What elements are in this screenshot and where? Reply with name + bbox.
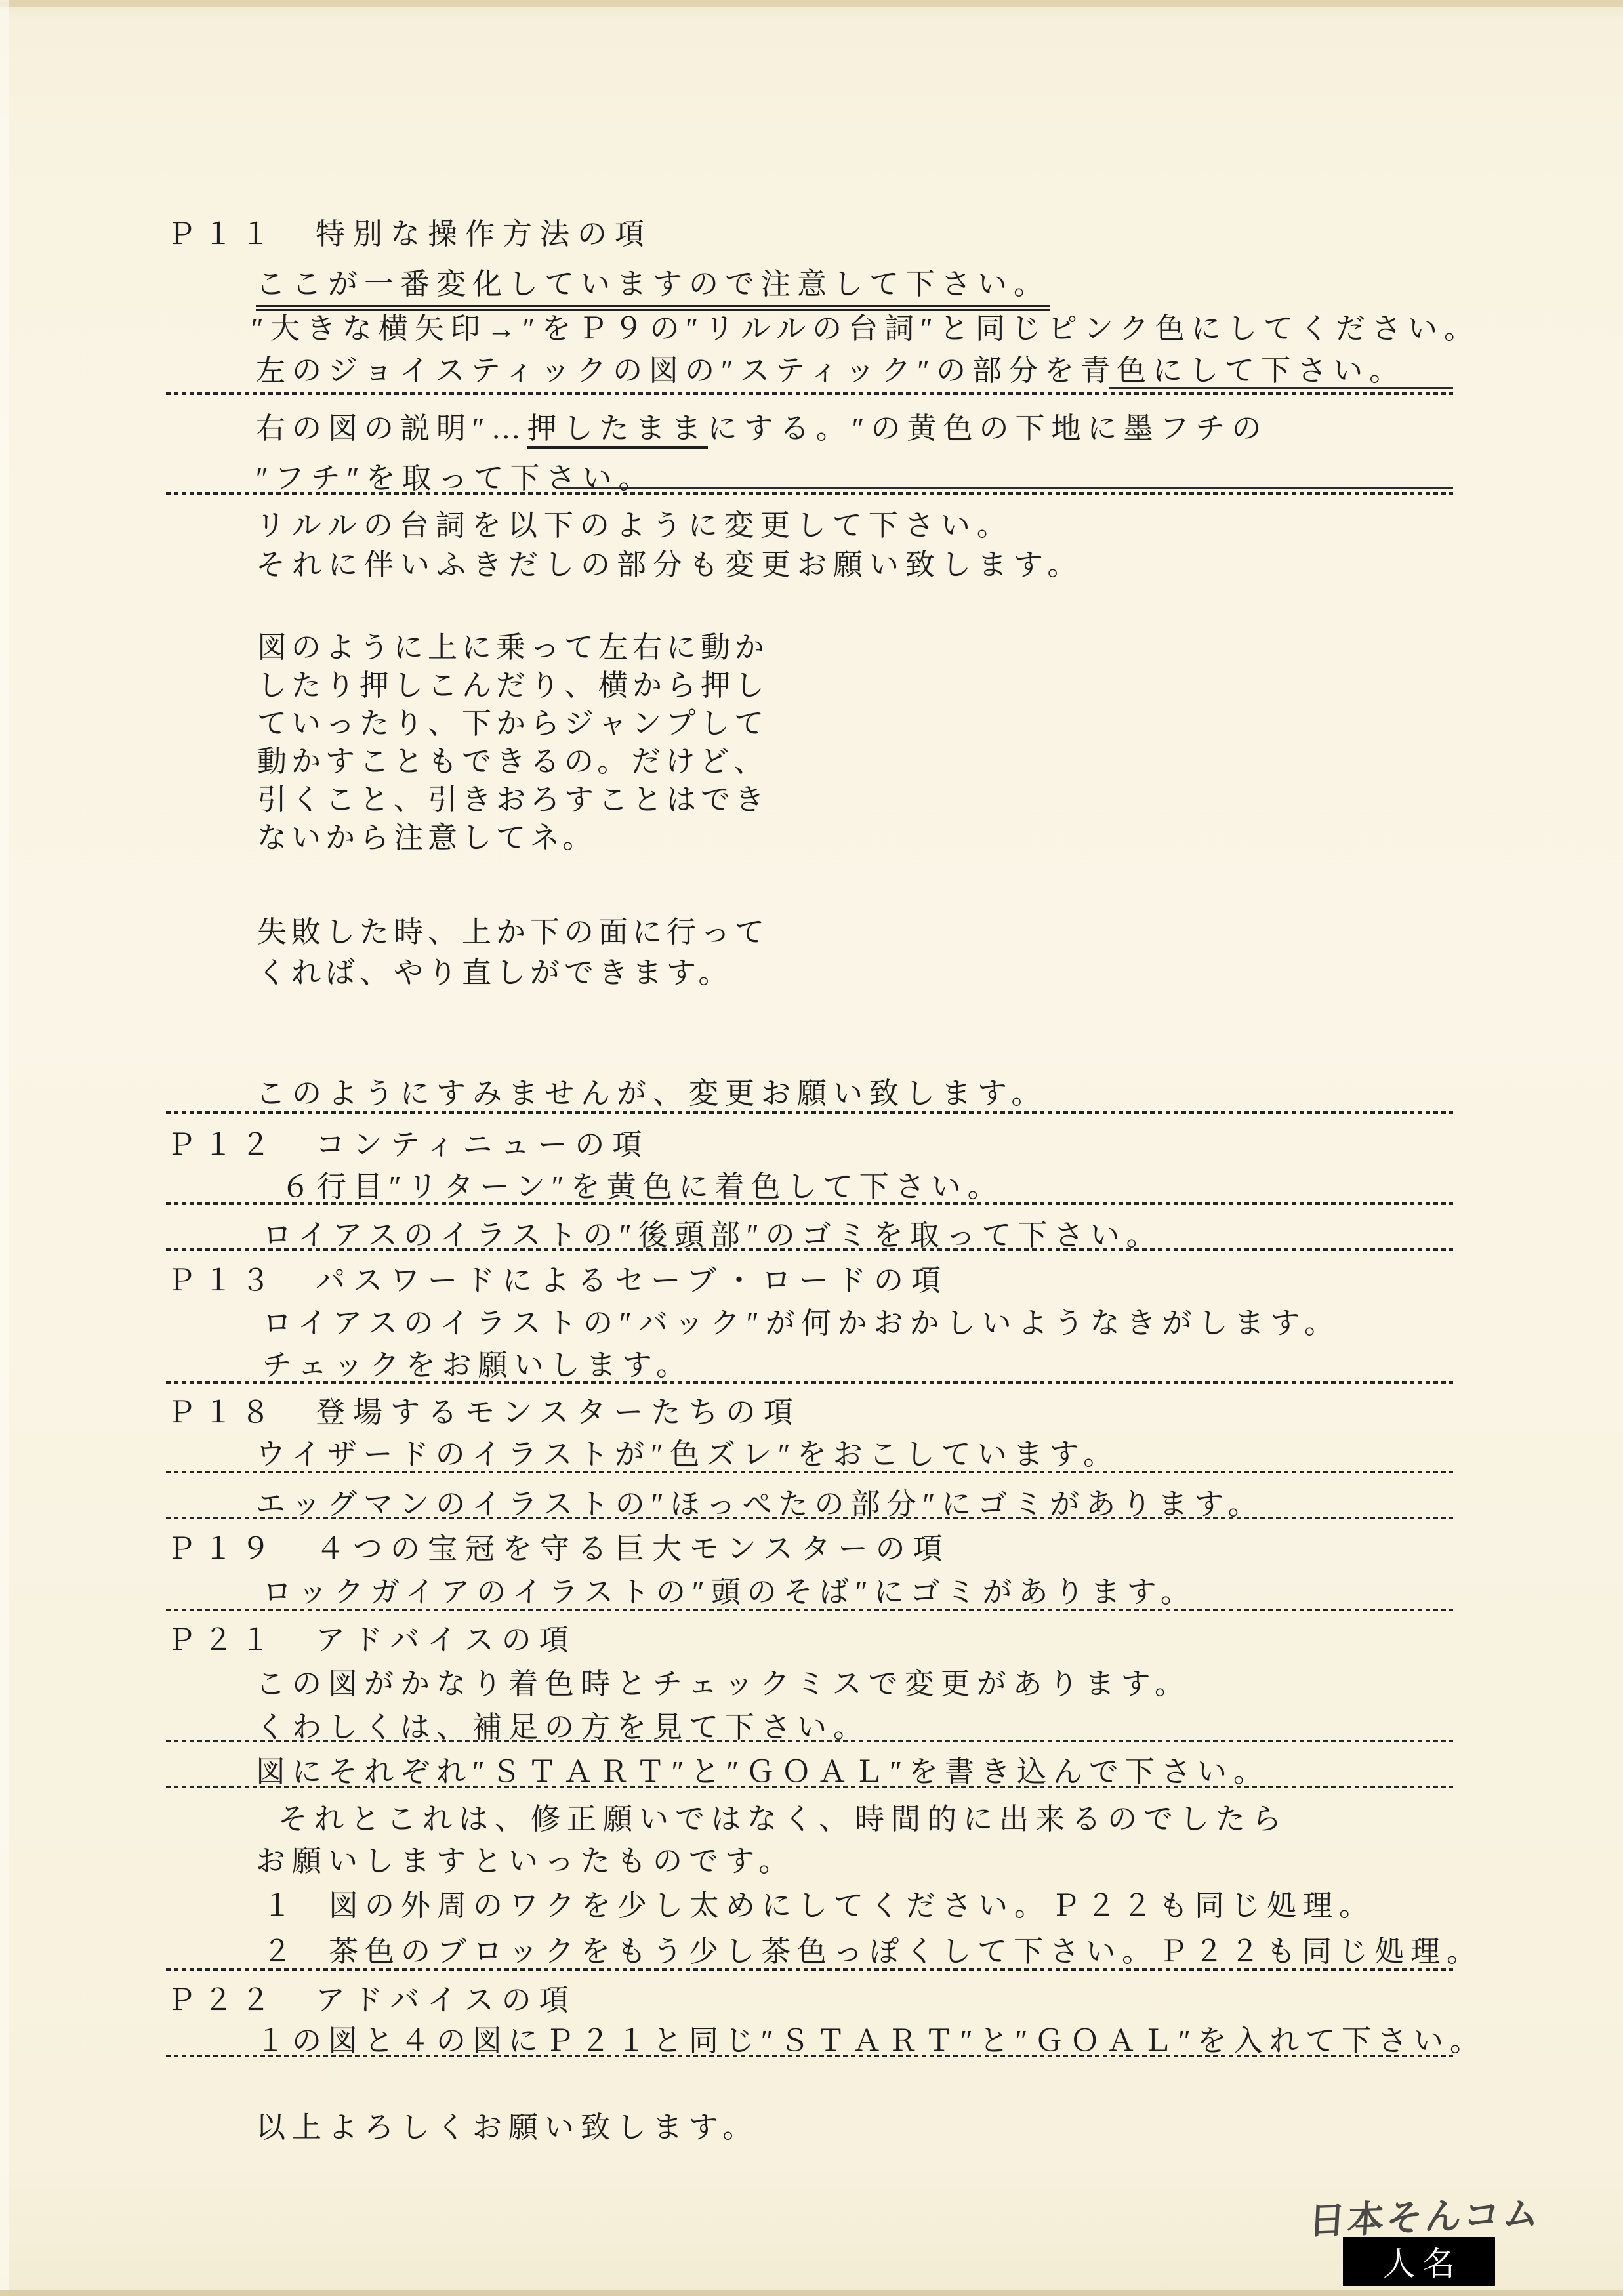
p11-quote-line: ないから注意してネ。 [257, 813, 596, 856]
p19-rockgaia-note: ロックガイアのイラストの″頭のそば″にゴミがあります。 [262, 1568, 1197, 1610]
redaction-box: 人名 [1343, 2237, 1495, 2286]
dotted-separator [166, 1381, 1453, 1384]
p13-check-request: チェックをお願いします。 [262, 1341, 692, 1384]
dotted-separator [166, 492, 1453, 495]
p11-quote2-line: 失敗した時、上か下の面に行って [257, 908, 769, 951]
separator-solid-artifact [1109, 387, 1453, 389]
memo-closing: 以上よろしくお願い致します。 [256, 2103, 758, 2146]
item-text: 図の外周のワクを少し太めにしてください。Ｐ２２も同じ処理。 [329, 1889, 1375, 1922]
p11-quote-line: 図のように上に乗って左右に動か [257, 623, 769, 666]
p18-wizard-note: ウイザードのイラストが″色ズレ″をおこしています。 [256, 1430, 1119, 1473]
p21-item-1: １図の外周のワクを少し太めにしてください。Ｐ２２も同じ処理。 [262, 1881, 1375, 1924]
p13-back-note: ロイアスのイラストの″バック″が何かおかしいようなきがします。 [262, 1299, 1340, 1342]
p11-fuchi-instruction: ″フチ″を取って下さい。 [256, 454, 655, 497]
p11-quote-line: ていったり、下からジャンプして [257, 699, 768, 742]
p11-quote2-line: くれば、やり直しができます。 [257, 949, 732, 991]
scanned-memo-page: Ｐ１１ 特別な操作方法の項 ここが一番変化していますので注意して下さい。 ″大き… [0, 0, 1623, 2296]
p11-heading: Ｐ１１ 特別な操作方法の項 [166, 210, 652, 253]
p11-quote-line: したり押しこんだり、横から押し [257, 661, 769, 704]
item-number: １ [262, 1881, 298, 1924]
item-number: ２ [262, 1927, 298, 1970]
scan-bottom-edge [0, 2290, 1623, 2296]
dotted-separator [166, 392, 1453, 395]
dotted-separator [166, 1786, 1453, 1788]
desc-underlined: 押したまま [527, 412, 708, 449]
p21-item-2: ２茶色のブロックをもう少し茶色っぽくして下さい。Ｐ２２も同じ処理。 [262, 1927, 1483, 1970]
item-text: 茶色のブロックをもう少し茶色っぽくして下さい。Ｐ２２も同じ処理。 [329, 1935, 1483, 1968]
p21-note-2: お願いしますといったものです。 [256, 1837, 794, 1879]
dotted-separator [166, 1517, 1453, 1519]
dotted-separator [166, 1740, 1453, 1742]
p11-right-figure-instruction: 右の図の説明″…押したままにする。″の黄色の下地に墨フチの [256, 404, 1268, 447]
p22-startgoal-instruction: １の図と４の図にＰ２１と同じ″ＳＴＡＲＴ″と″ＧＯＡＬ″を入れて下さい。 [256, 2017, 1486, 2059]
dotted-separator [166, 1609, 1453, 1611]
p19-heading: Ｐ１９ ４つの宝冠を守る巨大モンスターの項 [166, 1525, 951, 1567]
p21-figure-note: この図がかなり着色時とチェックミスで変更があります。 [256, 1660, 1191, 1702]
separator-solid-artifact [558, 487, 1453, 489]
dotted-separator [166, 1968, 1453, 1971]
p12-return-instruction: ６行目″リターン″を黄色に着色して下さい。 [281, 1162, 1004, 1205]
p11-pink-instruction: ″大きな横矢印→″をＰ９の″リルルの台詞″と同じピンク色にしてください。 [251, 304, 1480, 347]
p11-warning: ここが一番変化していますので注意して下さい。 [256, 260, 1050, 302]
p21-heading: Ｐ２１ アドバイスの項 [166, 1616, 577, 1658]
p21-note-1: それとこれは、修正願いではなく、時間的に出来るのでしたら [278, 1795, 1288, 1837]
p11-blue-instruction: 左のジョイスティックの図の″スティック″の部分を青色にして下さい。 [256, 346, 1405, 389]
p11-serif-change-1: リルルの台詞を以下のように変更して下さい。 [256, 501, 1013, 544]
dotted-separator [166, 1471, 1453, 1473]
dotted-separator [166, 1111, 1453, 1114]
handwritten-company-note: 日本そんコム [1307, 2184, 1542, 2245]
desc-pre: 右の図の説明″… [256, 412, 527, 445]
scan-left-edge [0, 0, 9, 2296]
p12-heading: Ｐ１２ コンティニューの項 [166, 1120, 649, 1163]
redaction-label: 人名 [1376, 2238, 1462, 2285]
desc-post: にする。″の黄色の下地に墨フチの [708, 412, 1268, 445]
scan-top-edge [0, 0, 1623, 7]
dotted-separator [166, 1202, 1453, 1205]
p18-heading: Ｐ１８ 登場するモンスターたちの項 [166, 1388, 801, 1431]
dotted-separator [166, 1248, 1453, 1251]
p11-quote-line: 動かすこともできるの。だけど、 [257, 737, 768, 780]
dotted-separator [166, 2055, 1453, 2057]
p22-heading: Ｐ２２ アドバイスの項 [166, 1976, 577, 2019]
p12-gomi-instruction: ロイアスのイラストの″後頭部″のゴミを取って下さい。 [262, 1211, 1162, 1254]
p11-closing: このようにすみませんが、変更お願い致します。 [256, 1069, 1047, 1112]
p13-heading: Ｐ１３ パスワードによるセーブ・ロードの項 [166, 1256, 949, 1299]
p11-quote-line: 引くこと、引きおろすことはでき [257, 775, 769, 818]
p11-serif-change-2: それに伴いふきだしの部分も変更お願い致します。 [256, 541, 1083, 583]
p21-startgoal-instruction: 図にそれぞれ″ＳＴＡＲＴ″と″ＧＯＡＬ″を書き込んで下さい。 [256, 1748, 1269, 1790]
